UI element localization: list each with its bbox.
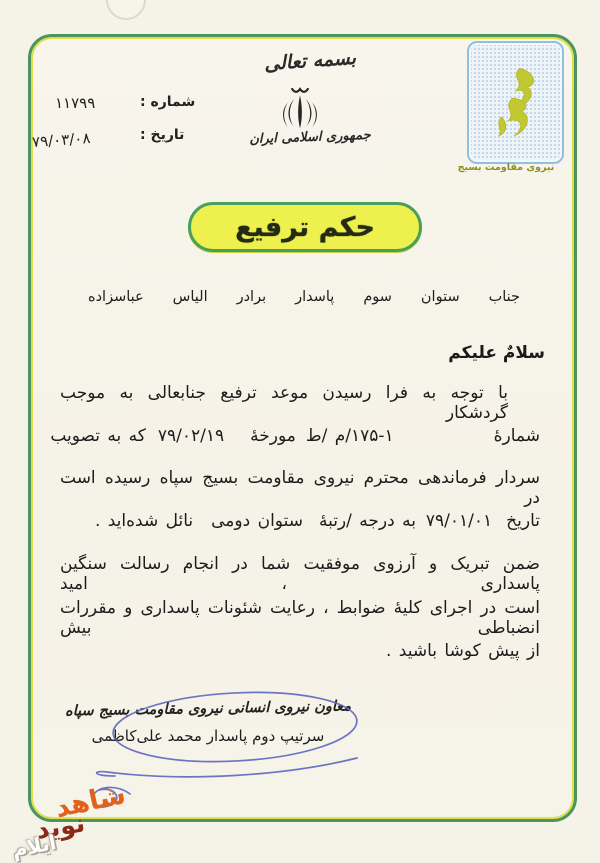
body-line-5: ضمن تبریک و آرزوی موفقیت شما در انجام رس… bbox=[60, 554, 540, 594]
punch-hole bbox=[106, 0, 146, 20]
body-line-2: شمارهٔ ۱۷۵-۱/م /ط مورخهٔ ۷۹/۰۲/۱۹ که به … bbox=[60, 426, 540, 446]
effective-date-label: تاریخ bbox=[506, 511, 540, 531]
signature-name: سرتیپ دوم پاسدار محمد علی‌کاظمی bbox=[48, 727, 368, 745]
body-line-6: است در اجرای کلیهٔ ضوابط ، رعایت شئونات … bbox=[60, 598, 540, 638]
basij-caption: نیروی مقاومت بسیج bbox=[450, 162, 562, 173]
body-line-7: از پیش کوشا باشید . bbox=[386, 641, 540, 661]
rank-label: به درجه /رتبهٔ bbox=[319, 511, 416, 531]
body-line-3: سردار فرماندهی محترم نیروی مقاومت بسیج س… bbox=[60, 468, 540, 508]
salutation: سلامٌ علیکم bbox=[448, 343, 545, 363]
title-badge: حکم ترفیع bbox=[188, 202, 422, 252]
basij-logo-icon bbox=[487, 61, 545, 145]
ref-number-label: شمارهٔ bbox=[494, 426, 540, 446]
ref-date-value: ۷۹/۰۲/۱۹ bbox=[158, 426, 224, 446]
basij-logo-box bbox=[467, 41, 564, 164]
body-line-4: تاریخ ۷۹/۰۱/۰۱ به درجه /رتبهٔ ستوان دومی… bbox=[60, 511, 540, 531]
ref-number-value: ۱۷۵-۱/م /ط bbox=[306, 426, 394, 446]
effective-date-value: ۷۹/۰۱/۰۱ bbox=[426, 511, 492, 531]
addressee-line: جناب ستوان سوم پاسدار برادر الیاس عباسزا… bbox=[88, 289, 520, 305]
date-label: تاریخ : bbox=[140, 127, 184, 143]
rank-value: ستوان دومی bbox=[211, 511, 303, 531]
watermark-ilam: ایلام bbox=[10, 830, 58, 862]
number-value: ۱۱۷۹۹ bbox=[55, 94, 95, 112]
body-line-1: با توجه به فرا رسیدن موعد ترفیع جنابعالی… bbox=[60, 383, 508, 423]
number-label: شماره : bbox=[140, 94, 195, 110]
title-text: حکم ترفیع bbox=[235, 212, 375, 243]
ref-date-label: مورخهٔ bbox=[250, 426, 296, 446]
body-line-4-tail: نائل شده‌اید . bbox=[95, 511, 193, 531]
body-line-2-tail: که به تصویب bbox=[50, 426, 146, 446]
